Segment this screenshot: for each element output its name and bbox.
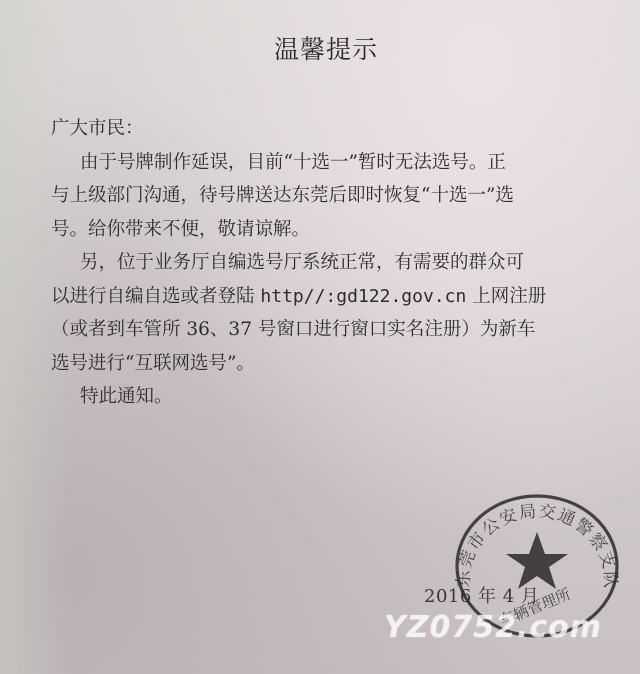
closing: 特此通知。 — [51, 380, 611, 414]
notice-body: 广大市民： 由于号牌制作延误，目前“十选一”暂时无法选号。正 与上级部门沟通，待… — [51, 112, 611, 414]
paragraph-2-line-2-suffix: 上网注册 — [472, 286, 546, 307]
paragraph-2-line-4: 选号进行“互联网选号”。 — [51, 347, 611, 381]
paragraph-2-line-1: 另，位于业务厅自编选号厅系统正常，有需要的群众可 — [51, 246, 611, 280]
star-icon — [506, 532, 568, 589]
paragraph-2-line-3: （或者到车管所 36、37 号窗口进行窗口实名注册）为新车 — [51, 313, 611, 347]
watermark: YZ0752.com — [384, 610, 602, 645]
paragraph-1-line-2: 与上级部门沟通，待号牌送达东莞后即时恢复“十选一”选 — [51, 179, 611, 213]
paragraph-1-line-3: 号。给你带来不便，敬请谅解。 — [51, 213, 611, 247]
paragraph-2-line-2: 以进行自编自选或者登陆 http//:gd122.gov.cn 上网注册 — [51, 280, 611, 314]
salutation: 广大市民： — [51, 112, 611, 146]
paragraph-2-line-2-prefix: 以进行自编自选或者登陆 — [51, 286, 255, 307]
notice-title: 温馨提示 — [0, 30, 640, 66]
registration-url: http//:gd122.gov.cn — [260, 286, 466, 307]
paragraph-1-line-1: 由于号牌制作延误，目前“十选一”暂时无法选号。正 — [51, 146, 611, 180]
